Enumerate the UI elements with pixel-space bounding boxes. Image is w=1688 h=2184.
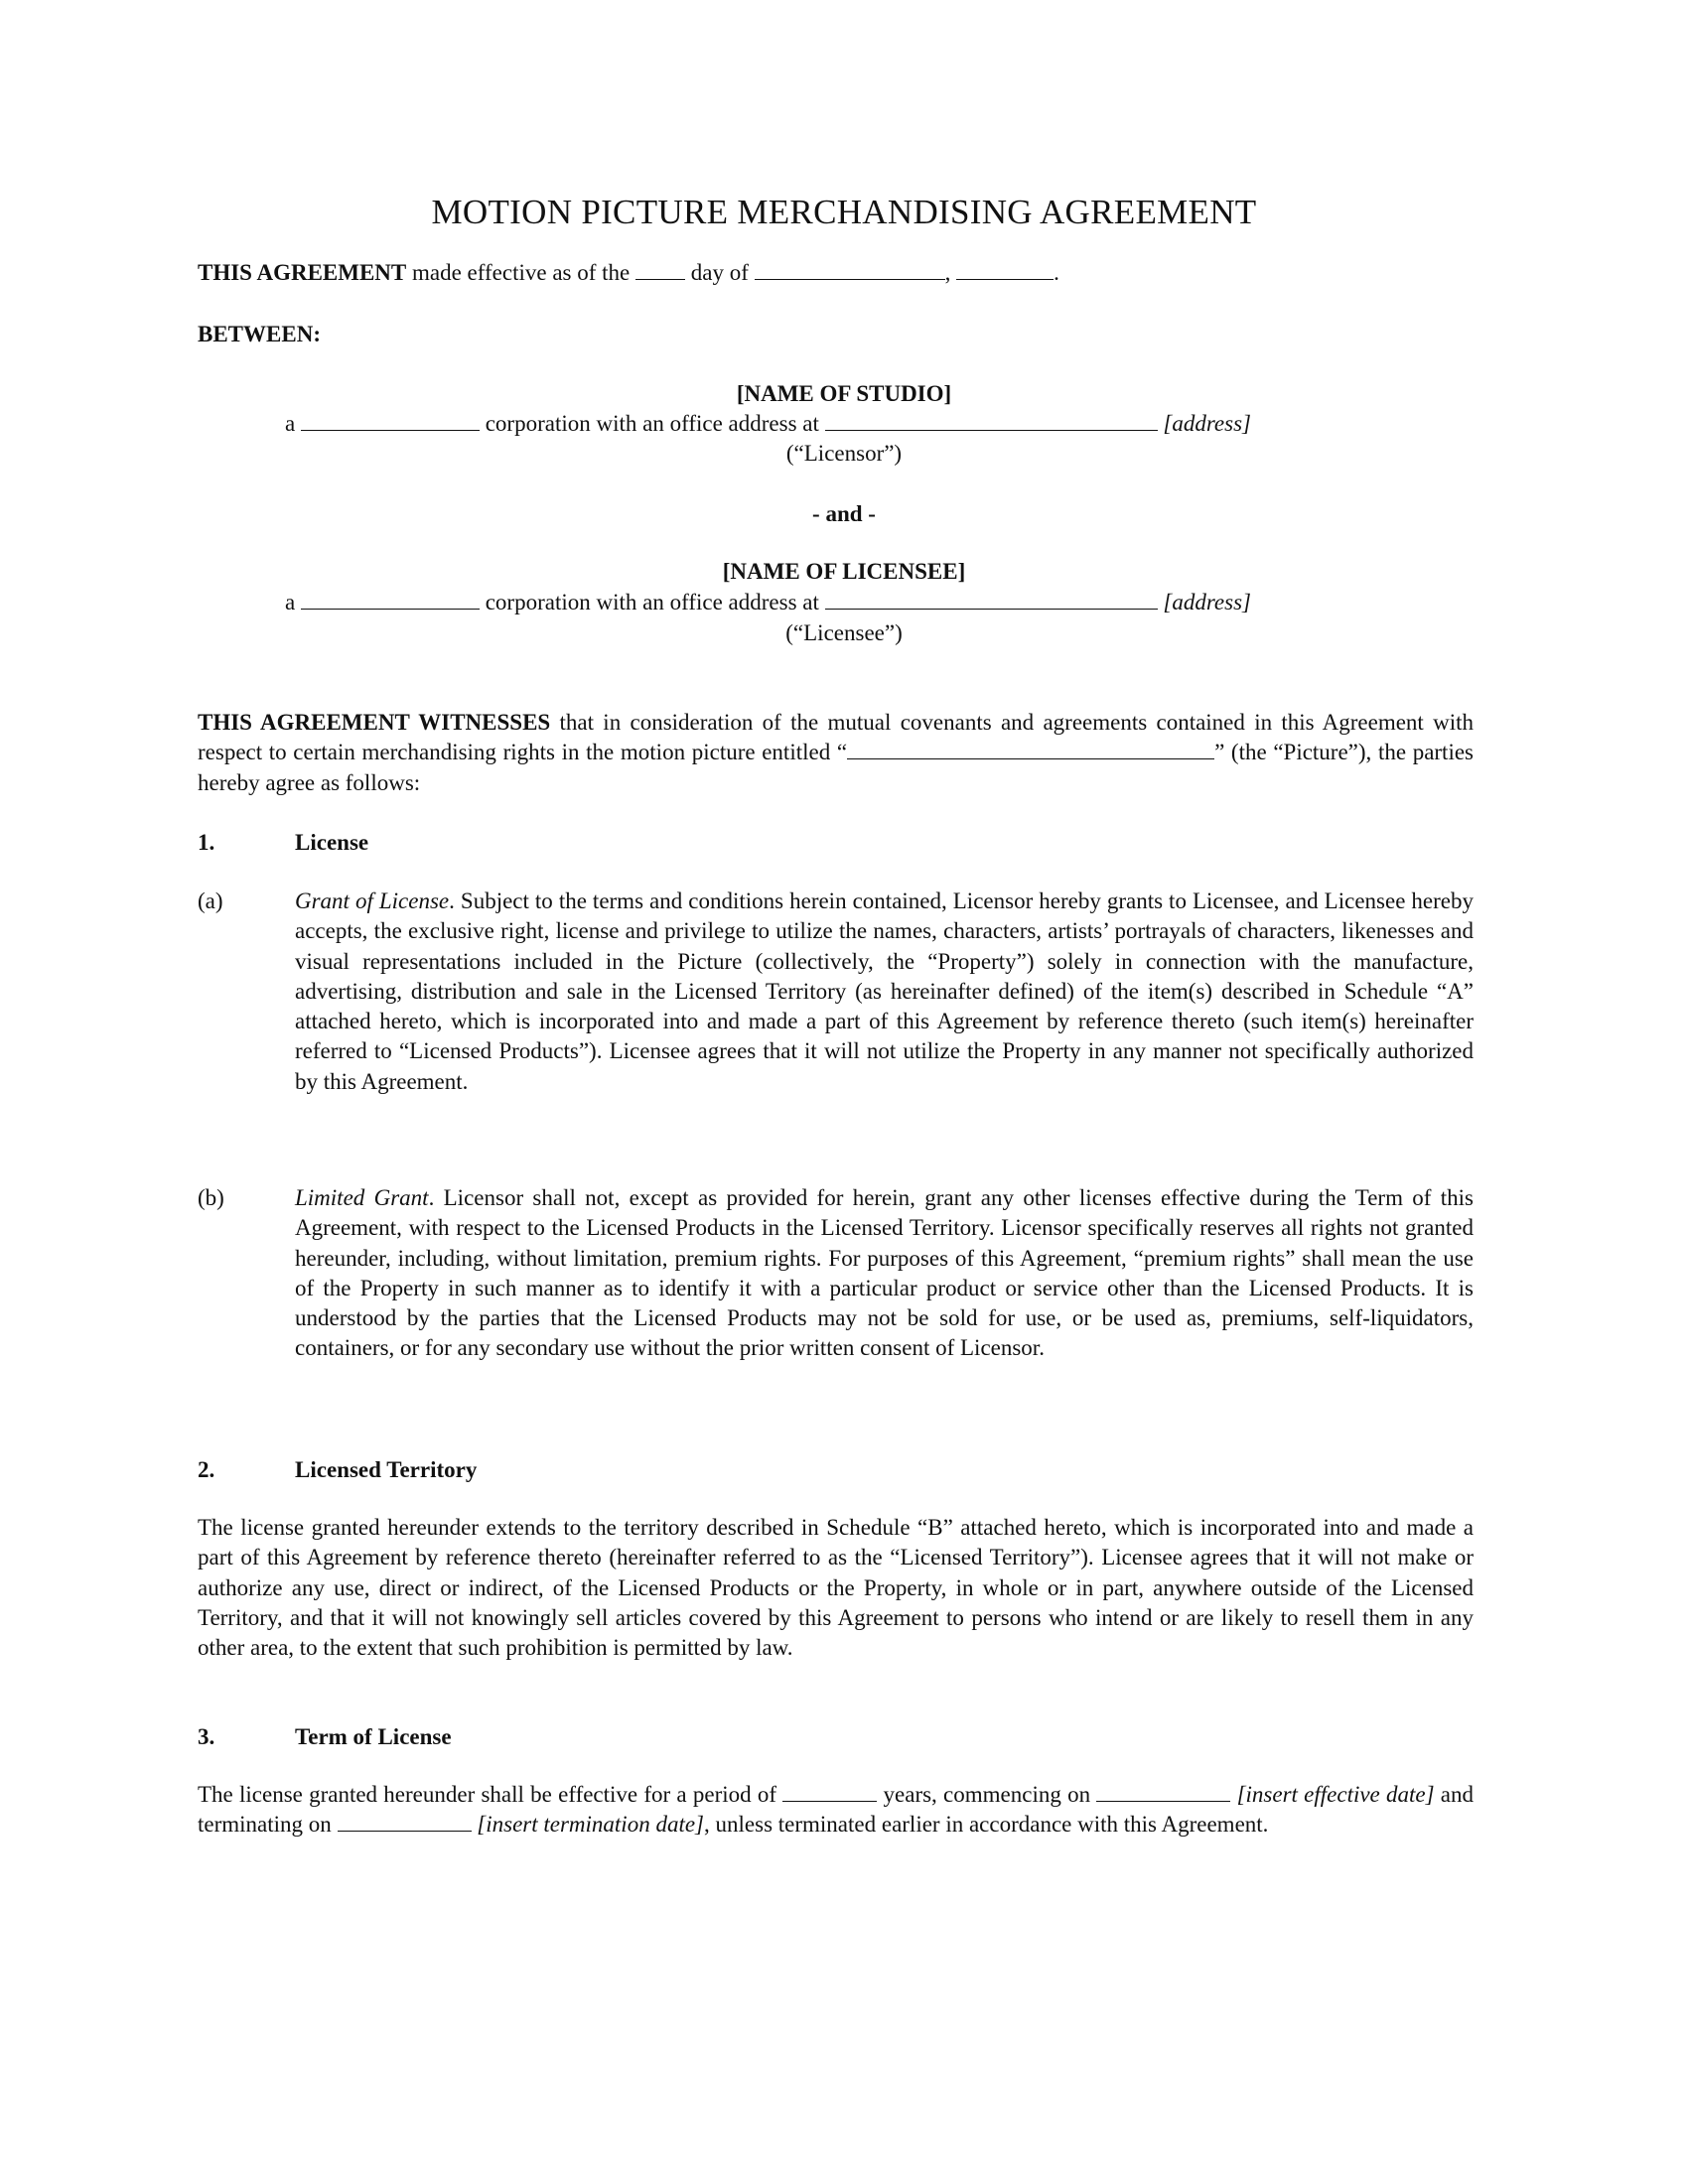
intro-line: THIS AGREEMENT made effective as of the … [198,258,1059,288]
corp-text: corporation with an office address at [486,590,819,614]
article: a [285,590,295,614]
corp-text: corporation with an office address at [486,411,819,436]
picture-title-blank[interactable] [847,741,1214,759]
licensee-name: [NAME OF LICENSEE] [0,557,1688,587]
licensor-defined: (“Licensor”) [0,439,1688,469]
intro-bold: THIS AGREEMENT [198,260,406,285]
document-page: MOTION PICTURE MERCHANDISING AGREEMENT T… [0,0,1688,2184]
day-blank[interactable] [635,261,685,280]
section-2-number: 2. [198,1455,214,1485]
subsection-b-label: (b) [198,1183,224,1213]
section-2-heading: Licensed Territory [295,1455,477,1485]
licensor-name-text: [NAME OF STUDIO] [737,381,951,406]
intro-text: , [945,260,957,285]
section-number: 1. [198,830,214,855]
licensee-address-line: a corporation with an office address at … [285,588,1397,617]
document-title: MOTION PICTURE MERCHANDISING AGREEMENT [0,193,1688,232]
subsection-body: . Subject to the terms and conditions he… [295,888,1474,1094]
term-text: The license granted hereunder shall be e… [198,1782,782,1807]
section-number: 2. [198,1457,214,1482]
licensee-jurisdiction-blank[interactable] [301,591,480,610]
month-blank[interactable] [755,261,945,280]
section-number: 3. [198,1724,214,1749]
and-text: - and - [812,501,876,526]
subsection-b-text: Limited Grant. Licensor shall not, excep… [295,1183,1474,1364]
licensor-address-line: a corporation with an office address at … [285,409,1397,439]
licensee-address-blank[interactable] [825,591,1158,610]
licensor-jurisdiction-blank[interactable] [301,412,480,431]
subsection-body: . Licensor shall not, except as provided… [295,1185,1474,1360]
intro-text: day of [685,260,755,285]
licensee-defined: (“Licensee”) [0,618,1688,648]
licensor-address-blank[interactable] [825,412,1158,431]
termination-date-hint: [insert termination date] [477,1812,704,1837]
section-3-text: The license granted hereunder shall be e… [198,1780,1474,1841]
section-heading: License [295,830,368,855]
section-3-heading: Term of License [295,1722,452,1752]
section-3-number: 3. [198,1722,214,1752]
section-1-number: 1. [198,828,214,858]
termination-date-blank[interactable] [338,1813,472,1832]
witnesses-bold: THIS AGREEMENT WITNESSES [198,710,550,735]
subsection-a-label: (a) [198,887,223,916]
effective-date-hint: [insert effective date] [1237,1782,1435,1807]
intro-text: made effective as of the [406,260,635,285]
section-heading: Licensed Territory [295,1457,477,1482]
section-1-heading: License [295,828,368,858]
term-text: , unless terminated earlier in accordanc… [704,1812,1268,1837]
subsection-a-text: Grant of License. Subject to the terms a… [295,887,1474,1097]
between-text: BETWEEN: [198,322,321,346]
licensor-name: [NAME OF STUDIO] [0,379,1688,409]
witnesses-paragraph: THIS AGREEMENT WITNESSES that in conside… [198,708,1474,798]
and-separator: - and - [0,499,1688,529]
intro-text: . [1054,260,1059,285]
licensee-name-text: [NAME OF LICENSEE] [723,559,966,584]
subsection-title: Grant of License [295,888,449,913]
address-hint: [address] [1163,411,1251,436]
section-heading: Term of License [295,1724,452,1749]
term-text: years, commencing on [877,1782,1096,1807]
between-label: BETWEEN: [198,320,321,349]
subsection-title: Limited Grant [295,1185,429,1210]
article: a [285,411,295,436]
effective-date-blank[interactable] [1096,1783,1230,1802]
address-hint: [address] [1163,590,1251,614]
section-2-text: The license granted hereunder extends to… [198,1513,1474,1663]
years-blank[interactable] [782,1783,877,1802]
year-blank[interactable] [956,261,1054,280]
